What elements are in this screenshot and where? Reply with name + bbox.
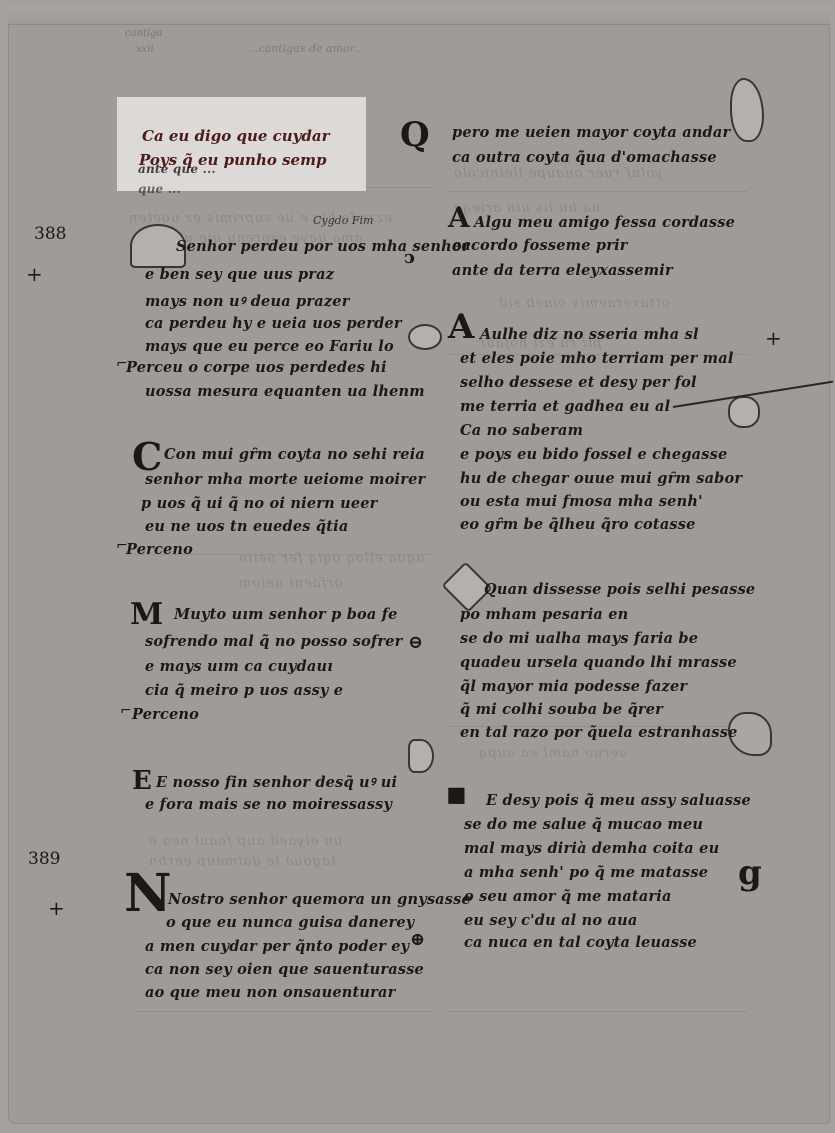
refrain-line: Perceu o corpe uos perdedes hi: [126, 359, 387, 376]
verse-line: Senhor perdeu por uos mha senhor: [176, 238, 470, 255]
verse-line: eu sey c'du al no aua: [464, 912, 637, 929]
margin-number-388: 388: [34, 224, 66, 244]
verse-line: ca non sey oien que sauenturasse: [145, 961, 424, 978]
verse-line: e poys eu bido fossel e chegasse: [460, 446, 727, 463]
fragment-line: que ...: [138, 182, 181, 196]
verse-line: q̃l mayor mia podesse fazer: [460, 678, 687, 695]
margin-cross-icon: +: [48, 898, 65, 918]
marginal-mark-icon: ⊖: [408, 634, 423, 652]
verse-line: eo gȓm be q̃lheu q̃ro cotasse: [460, 516, 696, 533]
verse-line: mays que eu perce eo Fariu lo: [145, 338, 394, 355]
verse-line: q̃ mi colhi souba be q̃rer: [460, 701, 663, 718]
verse-line: se do mi ualha mays faria be: [460, 630, 698, 647]
bleedthrough-text: aeruo naml ea aupq: [478, 746, 627, 761]
verse-line: po mham pesaria en: [460, 606, 628, 623]
verse-line: ca outra coyta q̃ua d'omachasse: [452, 149, 717, 166]
highlighted-line-1: Ca eu digo que cuydar: [142, 127, 329, 145]
fragment-line: ante que ...: [138, 162, 216, 176]
header-note-1: cantiga: [125, 28, 163, 39]
verse-line: ca nuca en tal coyta leuasse: [464, 934, 697, 951]
parchment-hole: [728, 396, 760, 428]
bleedthrough-text: tagoua le dalmaup eerbn: [148, 854, 336, 869]
verse-line: e mays uım ca cuydauı: [145, 658, 333, 675]
decorated-initial: N: [124, 868, 172, 920]
header-note-center: ...cantigas de amor...: [248, 42, 364, 55]
margin-number-389: 389: [28, 849, 60, 869]
verse-line: Quan dissesse pois selhi pesasse: [484, 581, 755, 598]
verse-line: mays non uꝰ deua prazer: [145, 291, 350, 311]
bleedthrough-text: orfaeni ueiom: [238, 576, 342, 591]
bleedthrough-text: yoluf ruer ouaupe lleinicolo: [453, 166, 663, 181]
marginal-mark-icon: ⊕: [410, 931, 425, 949]
manuscript-page: cantiga xxii ...cantigas de amor... ezze…: [8, 6, 830, 1124]
decorated-initial: A: [448, 204, 470, 232]
decorated-initial: E: [132, 768, 152, 794]
verse-line: Algu meu amigo fessa cordasse: [474, 214, 735, 231]
header-note-2: xxii: [136, 44, 154, 55]
verse-line: Nostro senhor quemora un gnysasse: [168, 891, 471, 908]
decorated-initial-fragment: Q: [400, 118, 430, 152]
verse-line: p uos q̃ ui q̃ no oi niern ueer: [141, 495, 378, 512]
verse-line: ante da terra eleyxassemir: [452, 262, 673, 279]
verse-line: pero me ueien mayor coyta andar: [452, 124, 730, 141]
verse-line: ca perdeu hy e ueia uos perder: [145, 315, 402, 332]
refrain-line: Ca no saberam: [460, 422, 583, 439]
marginal-mark-icon: ↄ: [404, 249, 415, 267]
verse-line: E desy pois q̃ meu assy saluasse: [486, 792, 751, 809]
verse-line: se do me salue q̃ mucao meu: [464, 816, 703, 833]
decorated-initial: M: [130, 600, 163, 630]
verse-line: Aulhe diz no sseria mha sl: [480, 326, 699, 343]
verse-line: senhor mha morte ueiome moirer: [145, 471, 425, 488]
verse-line: eacordo fosseme prir: [452, 237, 628, 254]
verse-line: selho dessese et desy per fol: [460, 374, 697, 391]
verse-line: hu de chegar ouue mui gȓm sabor: [460, 470, 742, 487]
verse-line: et eles poie mho terriam per mal: [460, 350, 734, 367]
margin-cross-icon: +: [765, 328, 782, 348]
refrain-line: Perceno: [132, 706, 199, 723]
verse-line: Muyto uım senhor p boa fe: [174, 606, 398, 623]
verse-line: e ben sey que uus praz: [145, 266, 334, 283]
verse-line: o que eu nunca guisa danerey: [166, 914, 414, 931]
verse-line: a men cuydar per q̃nto poder ey: [145, 938, 409, 955]
verse-line: quadeu ursela quando lhi mrasse: [460, 654, 737, 671]
decorated-initial: ◆: [437, 776, 475, 814]
verse-line: o seu amor q̃ me mataria: [464, 888, 672, 905]
verse-line: sofrendo mal q̃ no posso sofrer: [145, 633, 403, 650]
verse-line: uossa mesura equanten ua lhenm: [145, 383, 425, 400]
page-top-edge: [8, 6, 830, 25]
verse-line: e fora mais se no moiressassy: [145, 796, 392, 813]
parchment-hole: [408, 324, 442, 350]
bleedthrough-text: uqua elloq oqiq fer ueiin: [238, 551, 425, 566]
verse-line: ou esta mui fmosa mha senh': [460, 493, 703, 510]
catchword-initial: g: [738, 856, 762, 890]
decorated-initial: A: [448, 310, 474, 344]
interlinear-note: Cygdo Fim: [313, 214, 373, 227]
verse-line: eu ne uos tn euedes q̃tia: [145, 518, 348, 535]
parchment-hole: [730, 78, 764, 142]
paragraph-mark-icon: ⌐: [120, 703, 132, 719]
refrain-line: Perceno: [126, 541, 193, 558]
verse-line: cia q̃ meiro p uos assy e: [145, 682, 343, 699]
verse-line: ao que meu non onsauenturar: [145, 984, 395, 1001]
highlighted-region[interactable]: Ca eu digo que cuydar Poys q̃ eu punho s…: [117, 97, 366, 191]
verse-line: Con mui gȓm coyta no sehi reia: [164, 446, 425, 463]
verse-line: a mha senh' po q̃ me matasse: [464, 864, 708, 881]
verse-line: E nosso fin senhor desq̃ uꝰ ui: [156, 772, 397, 792]
verse-line: en tal razo por q̃uela estranhasse: [460, 724, 738, 741]
bleedthrough-text: un eiyaed aup foaul nea e: [148, 834, 342, 849]
bleedthrough-text: ottaxeraemix oiaeb sid: [498, 296, 670, 311]
verse-line: me terria et gadhea eu al: [460, 398, 670, 415]
verse-line: mal mays dirià demha coita eu: [464, 840, 719, 857]
margin-cross-icon: +: [26, 264, 43, 284]
parchment-hole: [408, 739, 434, 773]
